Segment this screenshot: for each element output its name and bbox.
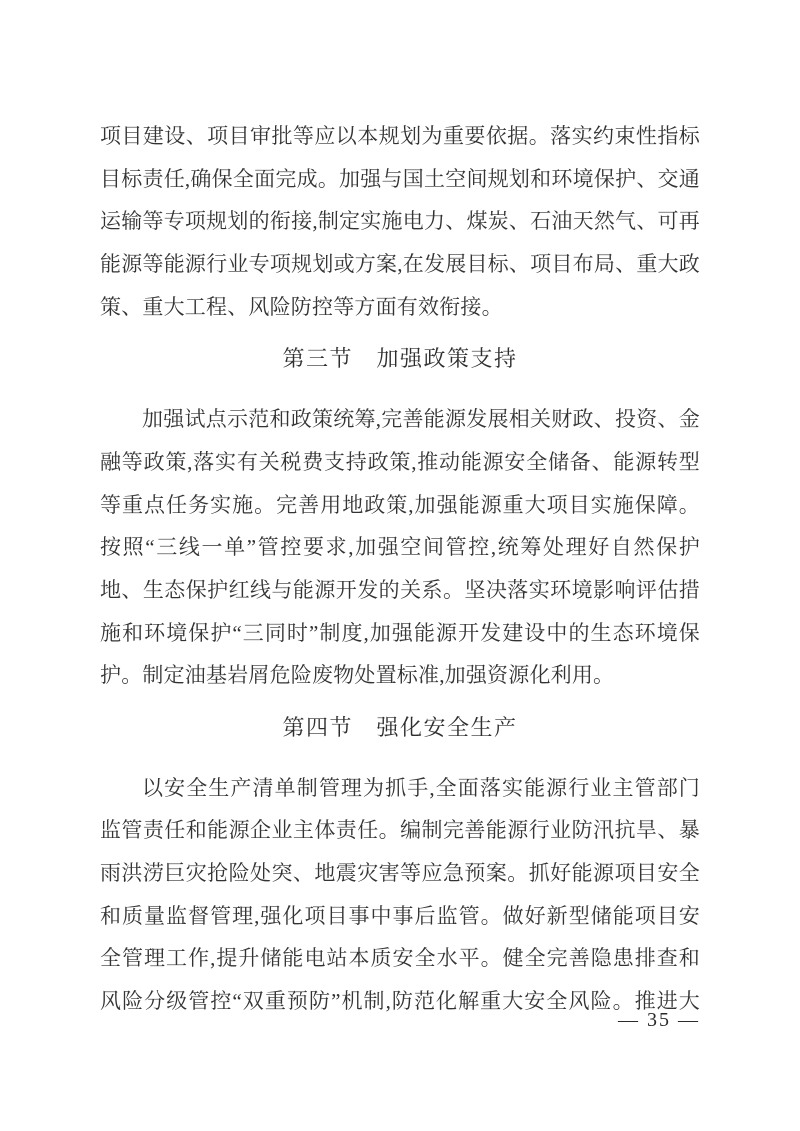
page-number: — 35 — bbox=[618, 1007, 700, 1033]
text-line: 项目建设、项目审批等应以本规划为重要依据。落实约束性指标 bbox=[100, 115, 700, 158]
text-line: 雨洪涝巨灾抢险处突、地震灾害等应急预案。抓好能源项目安全 bbox=[100, 852, 700, 895]
paragraph: 加强试点示范和政策统筹,完善能源发展相关财政、投资、金融等政策,落实有关税费支持… bbox=[100, 398, 700, 697]
text-line: 地、生态保护红线与能源开发的关系。坚决落实环境影响评估措 bbox=[100, 569, 700, 612]
text-line: 目标责任,确保全面完成。加强与国土空间规划和环境保护、交通 bbox=[100, 158, 700, 201]
text-line: 运输等专项规划的衔接,制定实施电力、煤炭、石油天然气、可再生 bbox=[100, 200, 700, 243]
text-line: 策、重大工程、风险防控等方面有效衔接。 bbox=[100, 286, 700, 329]
text-line: 以安全生产清单制管理为抓手,全面落实能源行业主管部门 bbox=[100, 767, 700, 810]
text-line: 和质量监督管理,强化项目事中事后监管。做好新型储能项目安 bbox=[100, 895, 700, 938]
paragraph: 项目建设、项目审批等应以本规划为重要依据。落实约束性指标目标责任,确保全面完成。… bbox=[100, 115, 700, 328]
document-page: 项目建设、项目审批等应以本规划为重要依据。落实约束性指标目标责任,确保全面完成。… bbox=[0, 0, 800, 1131]
text-line: 施和环境保护“三同时”制度,加强能源开发建设中的生态环境保 bbox=[100, 612, 700, 655]
section-heading: 第三节 加强政策支持 bbox=[100, 338, 700, 381]
text-line: 融等政策,落实有关税费支持政策,推动能源安全储备、能源转型 bbox=[100, 441, 700, 484]
text-line: 加强试点示范和政策统筹,完善能源发展相关财政、投资、金 bbox=[100, 398, 700, 441]
section-heading: 第四节 强化安全生产 bbox=[100, 707, 700, 750]
text-line: 风险分级管控“双重预防”机制,防范化解重大安全风险。推进大 bbox=[100, 980, 700, 1023]
paragraph: 以安全生产清单制管理为抓手,全面落实能源行业主管部门监管责任和能源企业主体责任。… bbox=[100, 767, 700, 1023]
document-body: 项目建设、项目审批等应以本规划为重要依据。落实约束性指标目标责任,确保全面完成。… bbox=[100, 115, 700, 1023]
text-line: 护。制定油基岩屑危险废物处置标准,加强资源化利用。 bbox=[100, 654, 700, 697]
text-line: 全管理工作,提升储能电站本质安全水平。健全完善隐患排查和 bbox=[100, 937, 700, 980]
text-line: 按照“三线一单”管控要求,加强空间管控,统筹处理好自然保护 bbox=[100, 526, 700, 569]
text-line: 等重点任务实施。完善用地政策,加强能源重大项目实施保障。 bbox=[100, 484, 700, 527]
text-line: 能源等能源行业专项规划或方案,在发展目标、项目布局、重大政 bbox=[100, 243, 700, 286]
text-line: 监管责任和能源企业主体责任。编制完善能源行业防汛抗旱、暴 bbox=[100, 809, 700, 852]
